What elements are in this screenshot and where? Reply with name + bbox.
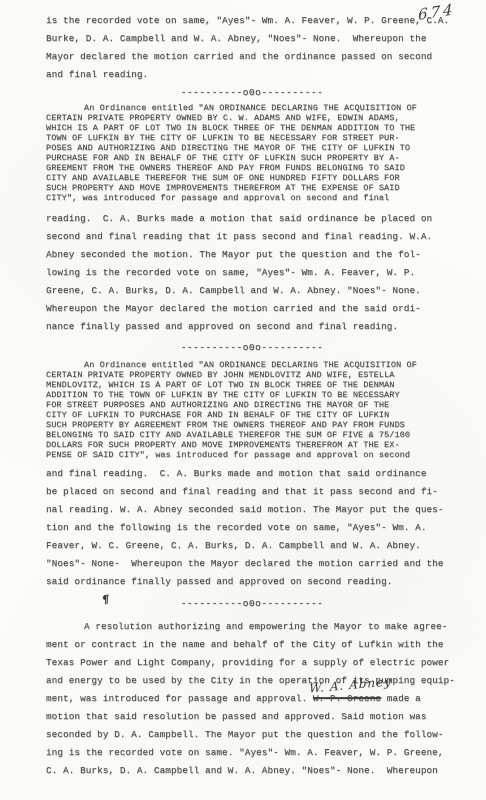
text-line: POSES AND AUTHORIZING AND DIRECTING THE … (46, 143, 458, 153)
text-line: nance finally passed and approved on sec… (46, 318, 458, 336)
text-line: Texas Power and Light Company, providing… (46, 654, 458, 672)
section-divider: ----------o0o----------¶ (46, 597, 458, 611)
text-line: An Ordinance entitled "AN ORDINANCE DECL… (46, 360, 458, 370)
divider-label: ----------o0o---------- (181, 87, 324, 98)
text-line: GREEMENT FROM THE OWNERS THEREOF AND PAY… (46, 163, 458, 173)
text-line: second and final reading that it pass se… (46, 228, 458, 246)
text-line: ment or contract in the name and behalf … (46, 636, 458, 654)
text-line: CERTAIN PRIVATE PROPERTY OWNED BY JOHN M… (46, 370, 458, 380)
handwritten-margin-mark: ¶ (101, 593, 110, 608)
text-line: "Noes"- None- Whereupon the Mayor declar… (46, 555, 458, 573)
section-divider: ----------o0o---------- (46, 341, 458, 355)
minutes-paragraph: and final reading. C. A. Burks made and … (46, 465, 458, 591)
scanned-document-page: 674 is the recorded vote on same, "Ayes"… (0, 0, 486, 800)
text-line: Greene, C. A. Burks, D. A. Campbell and … (46, 282, 458, 300)
minutes-paragraph: reading. C. A. Burks made a motion that … (46, 210, 458, 336)
text-line: said ordinance finally passed and approv… (46, 573, 458, 591)
text-line: PURCHASE FOR AND IN BEHALF OF THE CITY O… (46, 153, 458, 163)
divider-label: ----------o0o---------- (181, 342, 324, 353)
text-line: is the recorded vote on same, "Ayes"- Wm… (46, 12, 458, 30)
text-line: An Ordinance entitled "AN ORDINANCE DECL… (46, 103, 458, 113)
minutes-paragraph: A resolution authorizing and empowering … (46, 618, 458, 780)
text-line: PENSE OF SAID CITY", was introduced for … (46, 450, 458, 460)
text-segment: made a (381, 693, 421, 704)
text-line: CITY OF LUFKIN TO PURCHASE FOR AND IN BE… (46, 410, 458, 420)
text-line: ment, was introduced for passage and app… (46, 690, 458, 708)
text-line: and energy to be used by the City in the… (46, 672, 458, 690)
text-line: Abney seconded the motion. The Mayor put… (46, 246, 458, 264)
text-line: A resolution authorizing and empowering … (46, 618, 458, 636)
text-line: be placed on second and final reading an… (46, 483, 458, 501)
text-line: CITY", was introduced for passage and ap… (46, 193, 458, 203)
text-line: MENDLOVITZ, WHICH IS A PART OF LOT TWO I… (46, 380, 458, 390)
text-line: Feaver, W. C. Greene, C. A. Burks, D. A.… (46, 537, 458, 555)
text-segment: ment, was introduced for passage and app… (46, 693, 313, 704)
text-line: DOLLARS FOR SUCH PROPERTY AND MOVE IMPRO… (46, 440, 458, 450)
text-line: tion and the following is the recorded v… (46, 519, 458, 537)
struck-text: W. P. Greene (313, 693, 381, 704)
text-line: CITY AND AVAILABLE THEREFOR THE SUM OF O… (46, 173, 458, 183)
text-line: nal reading. W. A. Abney seconded said m… (46, 501, 458, 519)
text-line: and final reading. (46, 66, 458, 84)
text-line: motion that said resolution be passed an… (46, 708, 458, 726)
text-line: ing is the recorded vote on same. "Ayes"… (46, 744, 458, 762)
text-line: lowing is the recorded vote on same, "Ay… (46, 264, 458, 282)
text-line: CERTAIN PRIVATE PROPERTY OWNED BY C. W. … (46, 113, 458, 123)
text-line: BELONGING TO SAID CITY AND AVAILABLE THE… (46, 430, 458, 440)
text-line: Whereupon the Mayor declared the motion … (46, 300, 458, 318)
ordinance-paragraph: An Ordinance entitled "AN ORDINANCE DECL… (46, 360, 458, 460)
divider-label: ----------o0o---------- (181, 598, 324, 609)
text-line: Burke, D. A. Campbell and W. A. Abney, "… (46, 30, 458, 48)
text-line: FOR STREET PURPOSES AND AUTHORIZING AND … (46, 400, 458, 410)
struck-text-wrap: W. P. GreeneW. A. Abney (313, 690, 381, 708)
section-divider: ----------o0o---------- (46, 86, 458, 100)
text-line: and final reading. C. A. Burks made and … (46, 465, 458, 483)
text-line: SUCH PROPERTY BY AGREEMENT FROM THE OWNE… (46, 420, 458, 430)
text-line: SUCH PROPERTY AND MOVE IMPROVEMENTS THER… (46, 183, 458, 193)
text-line: TOWN OF LUFKIN BY THE CITY OF LUFKIN TO … (46, 133, 458, 143)
text-line: reading. C. A. Burks made a motion that … (46, 210, 458, 228)
text-line: Mayor declared the motion carried and th… (46, 48, 458, 66)
text-line: seconded by D. A. Campbell. The Mayor pu… (46, 726, 458, 744)
ordinance-paragraph: An Ordinance entitled "AN ORDINANCE DECL… (46, 103, 458, 203)
document-body: is the recorded vote on same, "Ayes"- Wm… (46, 12, 458, 780)
minutes-paragraph: is the recorded vote on same, "Ayes"- Wm… (46, 12, 458, 84)
text-line: ADDITION TO THE TOWN OF LUFKIN BY THE CI… (46, 390, 458, 400)
text-line: C. A. Burks, D. A. Campbell and W. A. Ab… (46, 762, 458, 780)
text-line: WHICH IS A PART OF LOT TWO IN BLOCK THRE… (46, 123, 458, 133)
